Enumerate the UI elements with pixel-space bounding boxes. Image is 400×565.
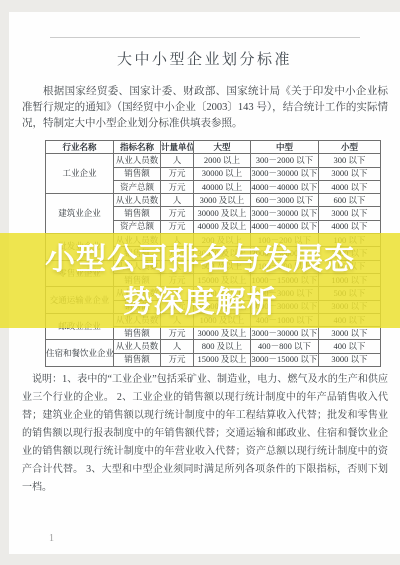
table-cell: 从业人员数 xyxy=(114,154,161,167)
table-cell: 40000 及以上 xyxy=(194,220,251,233)
table-cell: 万元 xyxy=(161,180,194,193)
table-cell: 万元 xyxy=(161,353,194,366)
table-cell: 资产总额 xyxy=(114,220,161,233)
table-cell: 3000 以下 xyxy=(319,353,381,366)
industry-cell: 住宿和餐饮业企业 xyxy=(46,340,114,367)
table-cell: 3000－30000 以下 xyxy=(251,167,319,180)
column-header: 中型 xyxy=(251,141,319,154)
table-cell: 万元 xyxy=(161,220,194,233)
column-header: 指标名称 xyxy=(114,141,161,154)
table-row: 住宿和餐饮业企业从业人员数人800 及以上400－800 以下400 以下 xyxy=(46,340,381,353)
watermark-title-line-2: 势深度解析 xyxy=(123,281,278,324)
column-header: 小型 xyxy=(319,141,381,154)
table-cell: 人 xyxy=(161,154,194,167)
table-cell: 3000 及以上 xyxy=(194,194,251,207)
table-cell: 销售额 xyxy=(114,327,161,340)
table-cell: 销售额 xyxy=(114,167,161,180)
table-cell: 万元 xyxy=(161,327,194,340)
table-cell: 800 及以上 xyxy=(194,340,251,353)
table-cell: 3000－30000 以下 xyxy=(251,207,319,220)
page-number: 1 xyxy=(49,533,54,544)
table-cell: 资产总额 xyxy=(114,180,161,193)
table-cell: 3000－30000 以下 xyxy=(251,327,319,340)
title-divider xyxy=(50,37,360,38)
table-cell: 人 xyxy=(161,194,194,207)
intro-paragraph: 根据国家经贸委、国家计委、财政部、国家统计局《关于印发中小企业标准暂行规定的通知… xyxy=(22,84,388,131)
notes-paragraph: 说明：1、表中的“工业企业”包括采矿业、制造业，电力、燃气及水的生产和供应业三个… xyxy=(22,371,388,497)
table-cell: 3000 以下 xyxy=(319,207,381,220)
column-header: 计量单位 xyxy=(161,141,194,154)
table-cell: 人 xyxy=(161,340,194,353)
table-cell: 15000 及以上 xyxy=(194,353,251,366)
table-row: 工业企业从业人员数人2000 以上300－2000 以下300 以下 xyxy=(46,154,381,167)
table-cell: 300 以下 xyxy=(319,154,381,167)
table-cell: 4000 以下 xyxy=(319,180,381,193)
table-cell: 600－3000 以下 xyxy=(251,194,319,207)
table-cell: 销售额 xyxy=(114,353,161,366)
table-row: 建筑业企业从业人员数人3000 及以上600－3000 以下600 以下 xyxy=(46,194,381,207)
table-header: 行业名称指标名称计量单位大型中型小型 xyxy=(46,141,381,154)
table-cell: 400－800 以下 xyxy=(251,340,319,353)
watermark-banner: 小型公司排名与发展态 势深度解析 xyxy=(0,233,400,328)
industry-cell: 工业企业 xyxy=(46,154,114,194)
table-cell: 30000 以上 xyxy=(194,167,251,180)
table-cell: 4000 以下 xyxy=(319,220,381,233)
table-cell: 从业人员数 xyxy=(114,340,161,353)
table-cell: 万元 xyxy=(161,167,194,180)
table-cell: 2000 以上 xyxy=(194,154,251,167)
table-cell: 40000 以上 xyxy=(194,180,251,193)
table-cell: 销售额 xyxy=(114,207,161,220)
table-cell: 3000 以下 xyxy=(319,327,381,340)
table-cell: 600 以下 xyxy=(319,194,381,207)
table-cell: 3000 以下 xyxy=(319,167,381,180)
watermark-title-line-1: 小型公司排名与发展态 xyxy=(45,238,355,281)
table-cell: 4000－40000 以下 xyxy=(251,180,319,193)
screenshot-canvas: 大中小型企业划分标准 根据国家经贸委、国家计委、财政部、国家统计局《关于印发中小… xyxy=(0,0,400,565)
industry-cell: 建筑业企业 xyxy=(46,194,114,234)
table-header-row: 行业名称指标名称计量单位大型中型小型 xyxy=(46,141,381,154)
table-cell: 400 以下 xyxy=(319,340,381,353)
table-cell: 3000－15000 以下 xyxy=(251,353,319,366)
table-cell: 30000 及以上 xyxy=(194,207,251,220)
column-header: 大型 xyxy=(194,141,251,154)
table-cell: 4000－40000 以下 xyxy=(251,220,319,233)
table-cell: 30000 及以上 xyxy=(194,327,251,340)
document-title: 大中小型企业划分标准 xyxy=(9,48,400,69)
table-cell: 300－2000 以下 xyxy=(251,154,319,167)
table-cell: 万元 xyxy=(161,207,194,220)
column-header: 行业名称 xyxy=(46,141,114,154)
table-cell: 从业人员数 xyxy=(114,194,161,207)
